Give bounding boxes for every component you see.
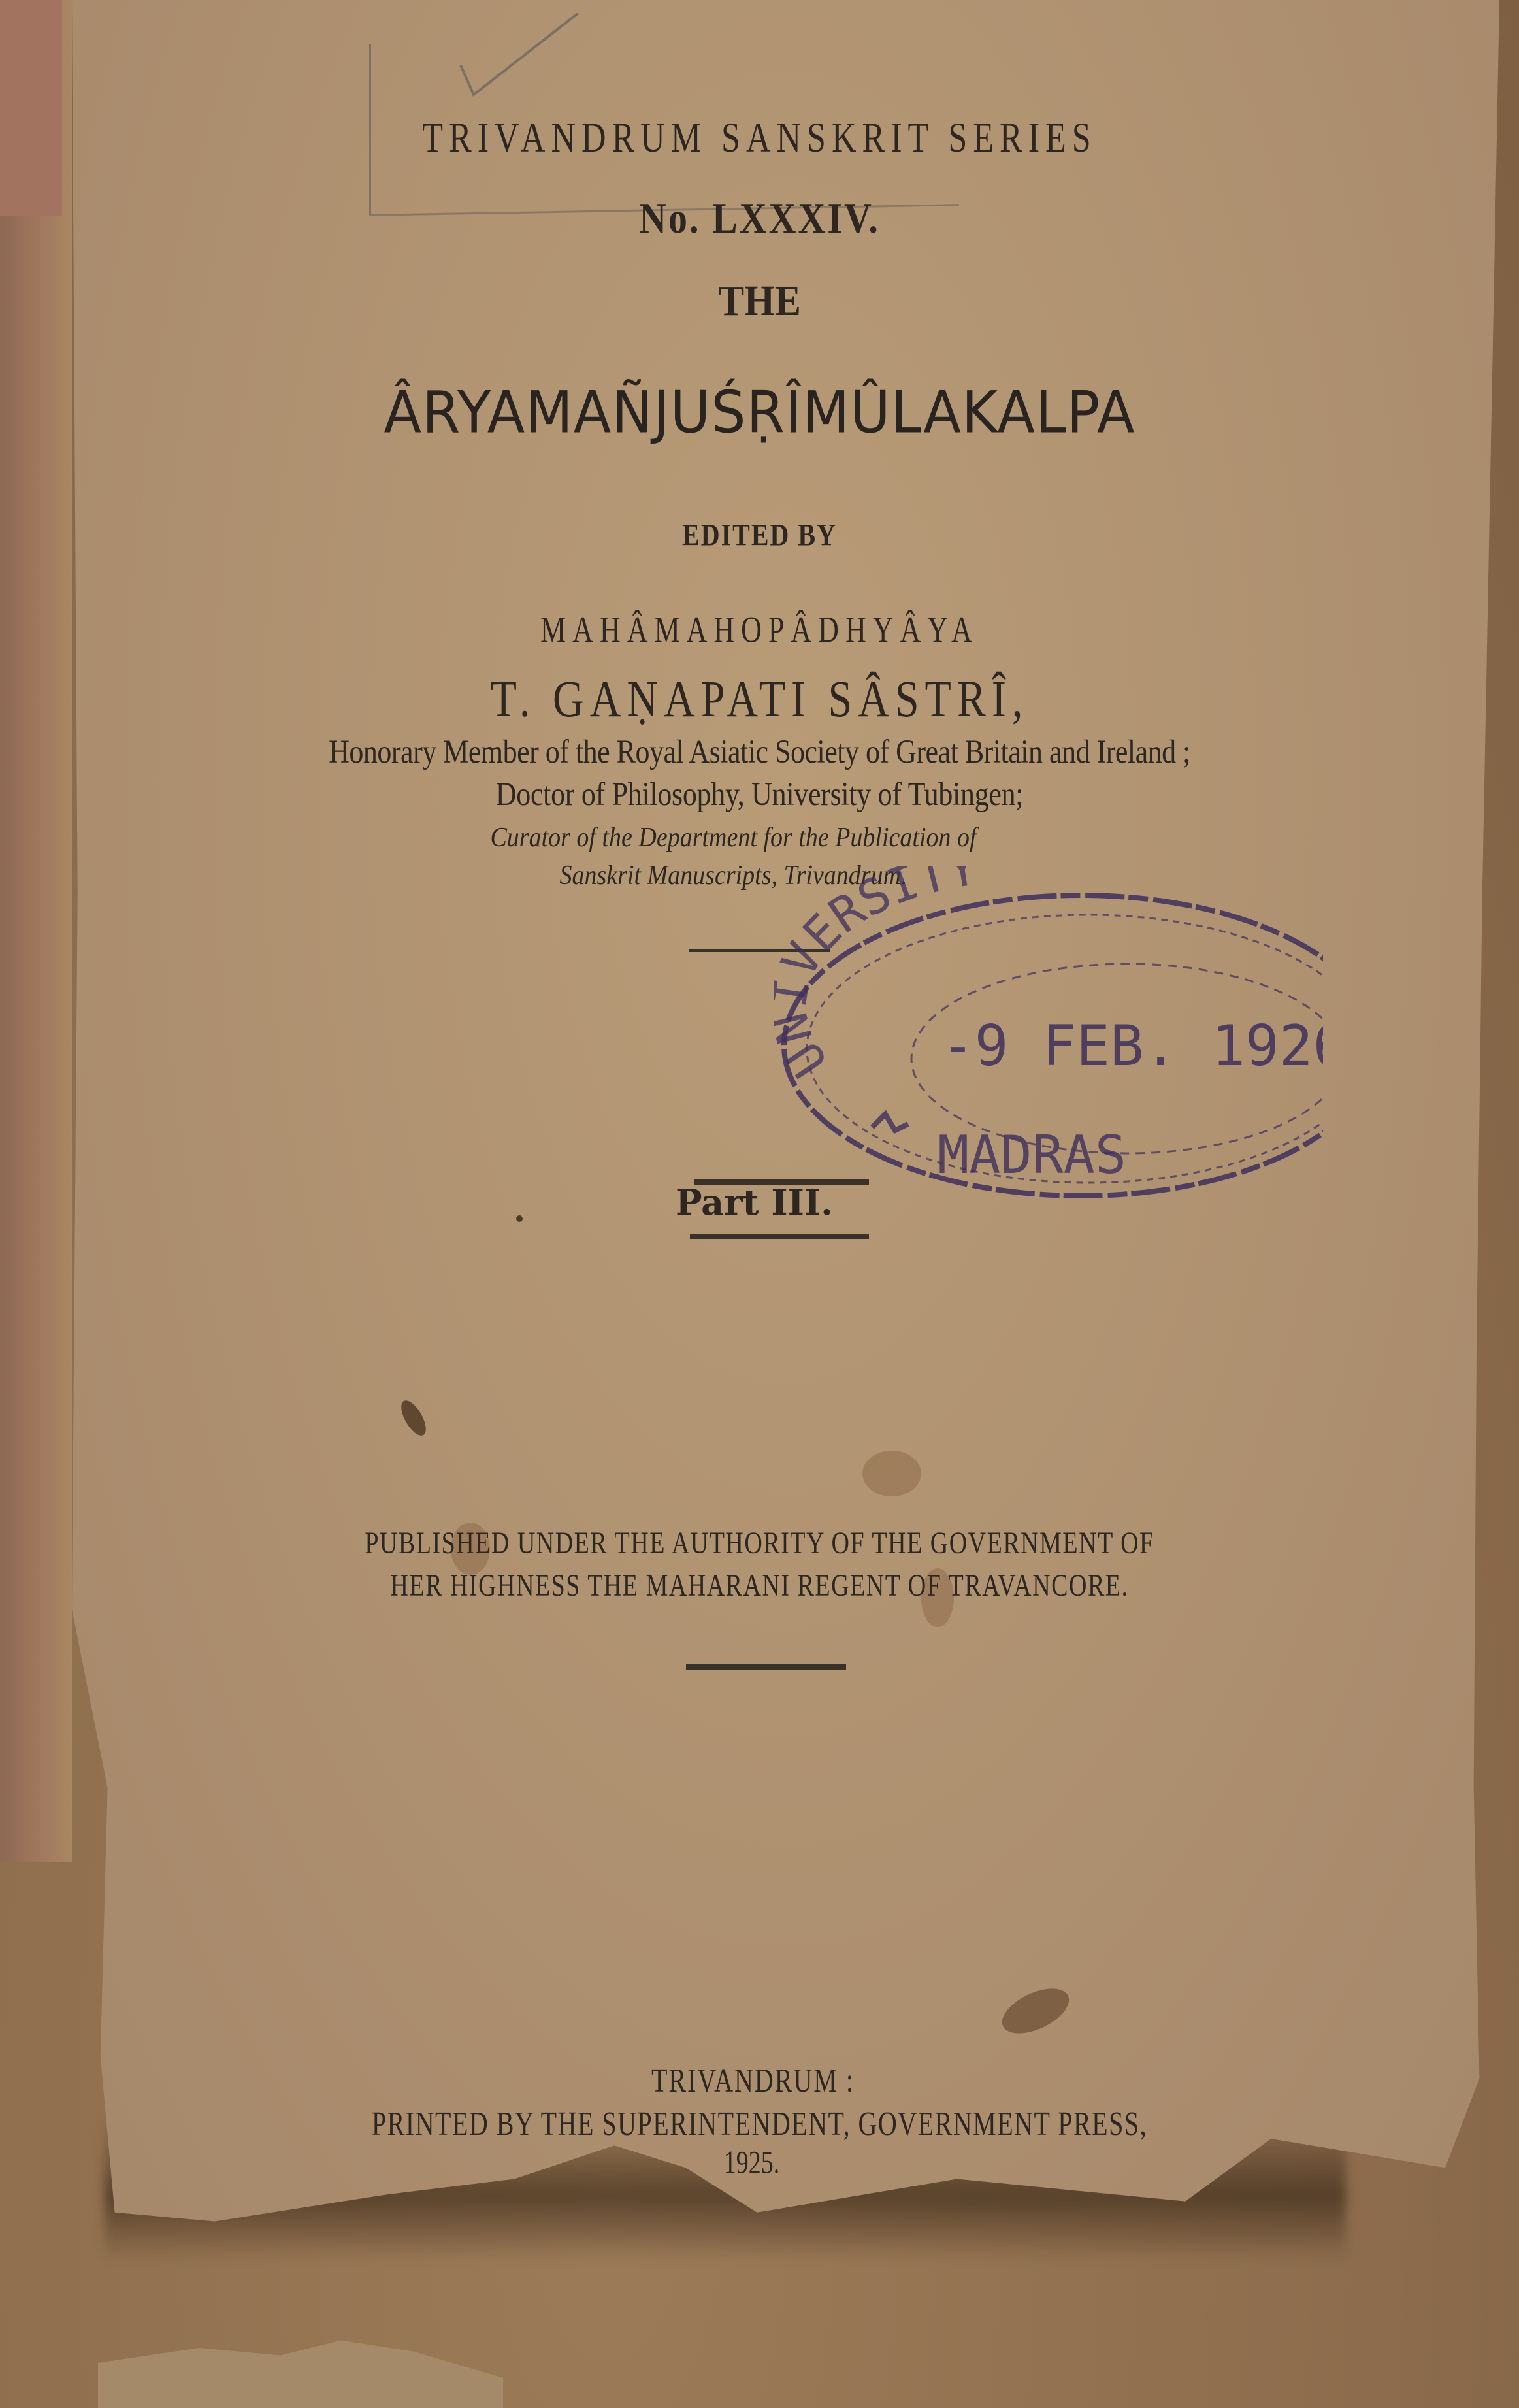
divider-rule — [686, 1664, 846, 1670]
stamp-date: -9 FEB. 1926 — [941, 1014, 1323, 1079]
editor-credential: Curator of the Department for the Public… — [0, 822, 1493, 853]
publisher-line: PUBLISHED UNDER THE AUTHORITY OF THE GOV… — [0, 1526, 1519, 1562]
title-article: THE — [0, 276, 1519, 326]
stamp-bottom-text: MADRAS — [938, 1125, 1126, 1185]
imprint-year: 1925. — [0, 2144, 1511, 2181]
foxing-stain — [862, 1451, 921, 1496]
editor-honorific: MAHÂMAHOPÂDHYÂYA — [0, 608, 1519, 651]
spine-stain — [0, 0, 62, 216]
imprint-printer: PRINTED BY THE SUPERINTENDENT, GOVERNMEN… — [0, 2103, 1519, 2143]
imprint-city: TRIVANDRUM : — [0, 2060, 1512, 2100]
stamp-emblem-icon — [872, 1114, 908, 1130]
part-rule-bottom — [690, 1234, 869, 1239]
editor-credential: Honorary Member of the Royal Asiatic Soc… — [0, 733, 1519, 771]
series-number: No. LXXXIV. — [0, 193, 1519, 243]
pencil-check-icon — [457, 13, 588, 105]
editor-name: T. GAṆAPATI SÂSTRÎ, — [0, 670, 1519, 729]
publisher-line: HER HIGHNESS THE MAHARANI REGENT OF TRAV… — [0, 1568, 1519, 1604]
library-stamp: UNIVERSITY -9 FEB. 1926 MADRAS — [774, 866, 1323, 1199]
book-title: ÂRYAMAÑJUŚṚÎMÛLAKALPA — [0, 379, 1519, 446]
editor-credential: Doctor of Philosophy, University of Tubi… — [0, 775, 1519, 814]
edited-by-label: EDITED BY — [0, 516, 1519, 553]
series-name: TRIVANDRUM SANSKRIT SERIES — [0, 114, 1519, 163]
